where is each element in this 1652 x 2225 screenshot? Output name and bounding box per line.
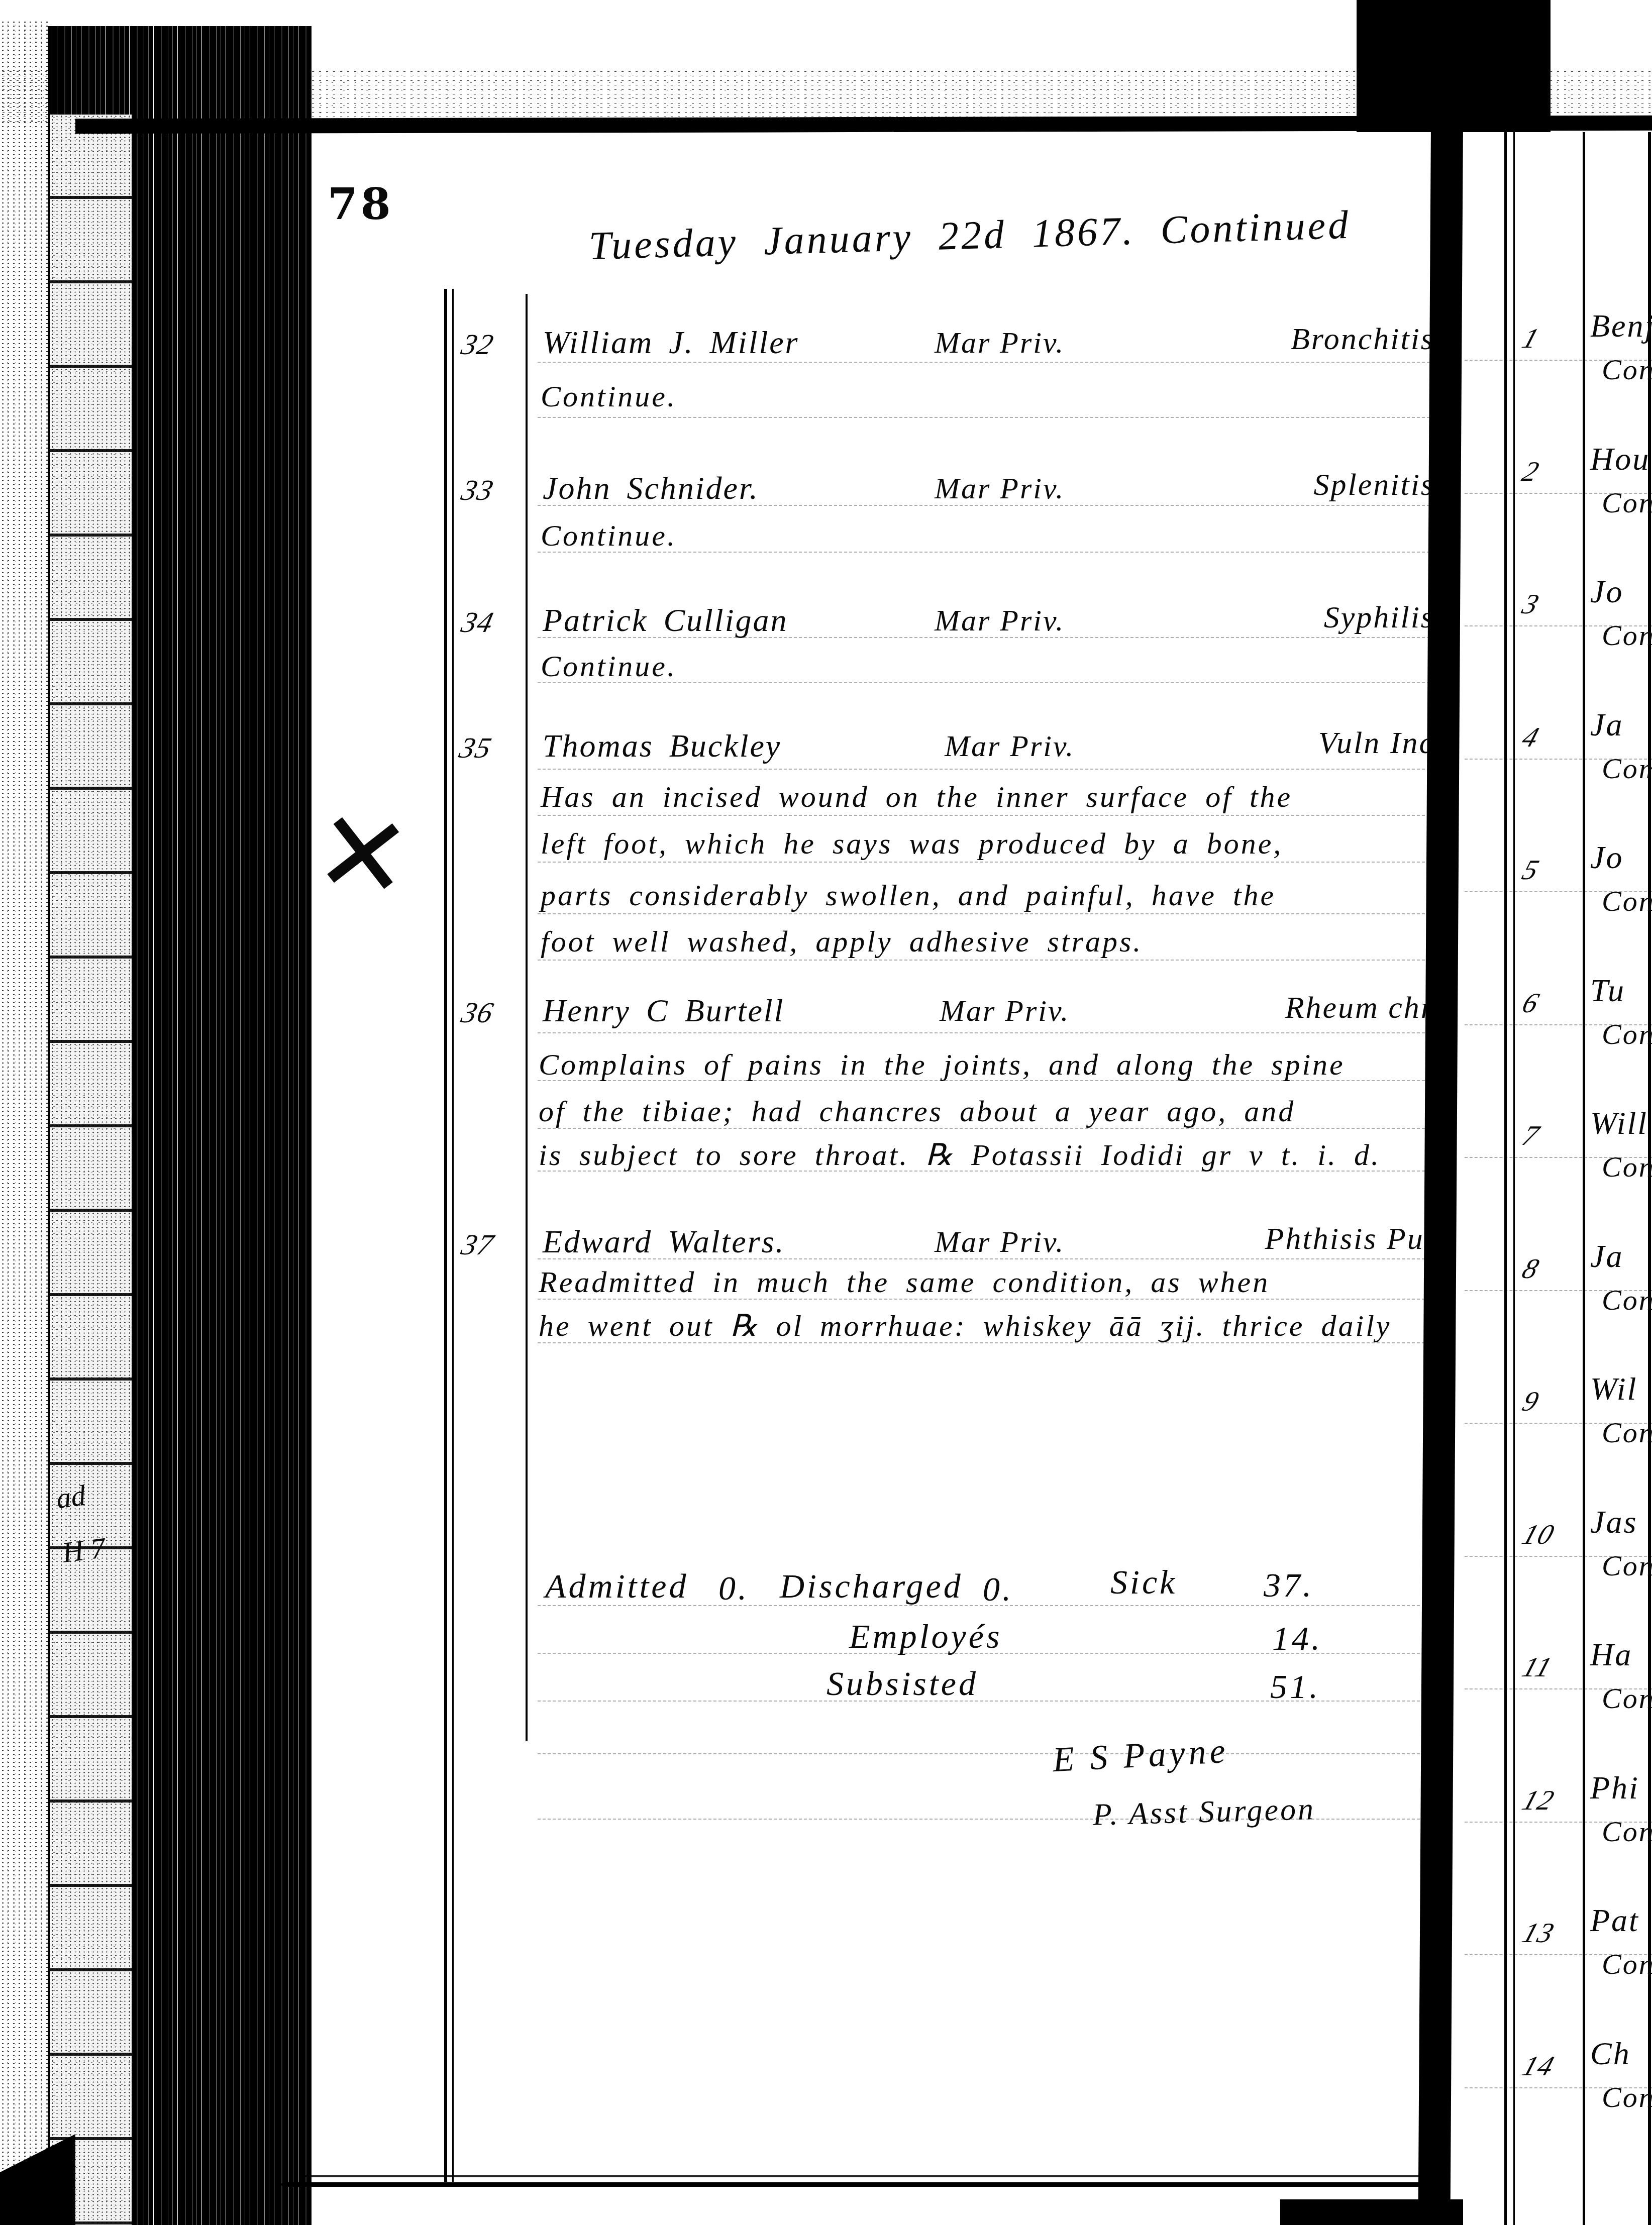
entry-rank: Mar Priv.: [935, 603, 1065, 638]
entry-name: Patrick Culligan: [543, 602, 788, 639]
book-cover-block-bottom: [1280, 2199, 1463, 2225]
right-page-row-note: Con: [1602, 1815, 1652, 1848]
right-page-row-note: Con: [1602, 1549, 1652, 1582]
entry-rank: Mar Priv.: [945, 729, 1075, 764]
margin-fragment: H 7: [60, 1531, 107, 1569]
right-page-row-note: Com: [1602, 752, 1652, 785]
right-page-row-name: Ja: [1590, 706, 1623, 744]
ledger-rule-line: [538, 960, 1430, 961]
entry-name: Edward Walters.: [543, 1223, 785, 1260]
entry-rank: Mar Priv.: [940, 994, 1070, 1028]
summary-discharged-label: Discharged: [780, 1566, 963, 1606]
ledger-rule-line: [538, 417, 1430, 418]
entry-diagnosis: Splenitis: [1125, 467, 1434, 503]
entry-rank: Mar Priv.: [935, 471, 1065, 506]
right-page-row-note: Contin: [1602, 353, 1652, 386]
left-margin-rule-inner: [452, 289, 454, 2182]
right-page-row-name: Benj: [1590, 307, 1652, 345]
left-number-column-rule: [526, 294, 528, 1741]
right-page-row-name: Ch: [1590, 2035, 1631, 2072]
right-page-rule-inner: [1513, 132, 1515, 2225]
page-number: 78: [328, 179, 394, 230]
right-page-row-note: Conti: [1602, 486, 1652, 519]
entry-note: Readmitted in much the same condition, a…: [539, 1265, 1270, 1300]
scan-noise-left-margin: [0, 20, 50, 2225]
ledger-rule-line: [538, 862, 1430, 863]
entry-note: parts considerably swollen, and painful,…: [541, 878, 1276, 913]
summary-subsisted-value: 51.: [1270, 1667, 1320, 1707]
ledger-rule-line: [538, 815, 1430, 816]
right-page-row-note: Con: [1602, 618, 1652, 652]
book-cover-block-top: [1357, 0, 1551, 132]
left-page-bottom-edge-thin: [305, 2175, 1432, 2177]
left-margin-rule-outer: [444, 289, 447, 2182]
ledger-rule-line: [538, 362, 1430, 363]
entry-name: Thomas Buckley: [543, 727, 781, 765]
left-page-bottom-edge: [281, 2182, 1433, 2187]
right-page-row-name: Ha: [1590, 1636, 1632, 1673]
right-page-row-note: Cont: [1602, 1681, 1652, 1715]
right-page-row-name: Will: [1590, 1105, 1648, 1142]
summary-employes-label: Employés: [849, 1617, 1002, 1656]
right-page-row-note: Con: [1602, 1150, 1652, 1184]
entry-note: Continue.: [541, 518, 677, 553]
right-page-row-note: Con: [1602, 884, 1652, 918]
entry-name: John Schnider.: [543, 470, 759, 507]
right-page-row-note: Con: [1602, 1416, 1652, 1449]
right-page-number-column-rule: [1583, 132, 1585, 2225]
right-page-row-name: Ja: [1590, 1238, 1623, 1275]
ledger-rule-line: [538, 1753, 1430, 1754]
entry-diagnosis: Rheum chr: [1125, 990, 1434, 1026]
entry-diagnosis: Syphilis: [1125, 600, 1434, 635]
right-page-row-name: Wil: [1590, 1370, 1637, 1408]
entry-name: William J. Miller: [543, 324, 799, 361]
entry-diagnosis: Phthisis Pul: [1125, 1221, 1434, 1257]
right-page-row-name: Phi: [1590, 1769, 1639, 1807]
margin-fragment: ad: [54, 1478, 87, 1516]
entry-note: of the tibiae; had chancres about a year…: [539, 1094, 1295, 1129]
right-page-row-name: Pat: [1590, 1902, 1639, 1939]
right-page-row-name: Jo: [1590, 839, 1623, 876]
right-page-rule-outer: [1504, 132, 1507, 2225]
right-page-row-name: Hou: [1590, 441, 1650, 478]
entry-note: is subject to sore throat. ℞ Potassii Io…: [539, 1137, 1381, 1173]
entry-diagnosis: Bronchitis: [1125, 322, 1434, 357]
entry-note: Continue.: [541, 379, 677, 414]
ledger-rule-line: [538, 769, 1430, 770]
summary-employes-value: 14.: [1272, 1619, 1322, 1658]
entry-rank: Mar Priv.: [935, 326, 1065, 360]
entry-rank: Mar Priv.: [935, 1225, 1065, 1259]
signature-title: P. Asst Surgeon: [1092, 1791, 1316, 1833]
right-page-row-note: Con: [1602, 1017, 1652, 1051]
summary-sick-label: Sick: [1110, 1562, 1177, 1602]
margin-x-mark: ✕: [308, 784, 418, 926]
right-page-row-name: Jo: [1590, 573, 1623, 610]
entry-note: he went out ℞ ol morrhuae: whiskey āā ʒi…: [539, 1308, 1391, 1343]
entry-diagnosis: Vuln Inc: [1125, 725, 1434, 761]
right-page-row-note: Con: [1602, 1283, 1652, 1317]
scanned-ledger-page: 78 Tuesday January 22d 1867. Continued ✕…: [0, 0, 1652, 2225]
right-page-row-note: Con: [1602, 2080, 1652, 2114]
right-page-row-note: Con: [1602, 1947, 1652, 1981]
entry-name: Henry C Burtell: [543, 992, 784, 1029]
right-page-row-name: Jas: [1590, 1504, 1637, 1541]
entry-note: foot well washed, apply adhesive straps.: [541, 924, 1143, 959]
summary-admitted-label: Admitted: [545, 1566, 689, 1606]
summary-discharged-value: 0.: [983, 1569, 1013, 1609]
summary-admitted-value: 0.: [718, 1568, 749, 1608]
ledger-rule-line: [538, 913, 1430, 914]
right-page-row-name: Tu: [1590, 972, 1625, 1009]
entry-note: left foot, which he says was produced by…: [541, 826, 1283, 861]
ledger-rule-line: [538, 1032, 1430, 1033]
ledger-cells-column: [50, 115, 136, 2225]
summary-sick-value: 37.: [1264, 1565, 1314, 1605]
entry-note: Continue.: [541, 649, 677, 684]
entry-note: Complains of pains in the joints, and al…: [539, 1047, 1345, 1082]
summary-subsisted-label: Subsisted: [827, 1664, 978, 1704]
entry-note: Has an incised wound on the inner surfac…: [541, 780, 1292, 814]
